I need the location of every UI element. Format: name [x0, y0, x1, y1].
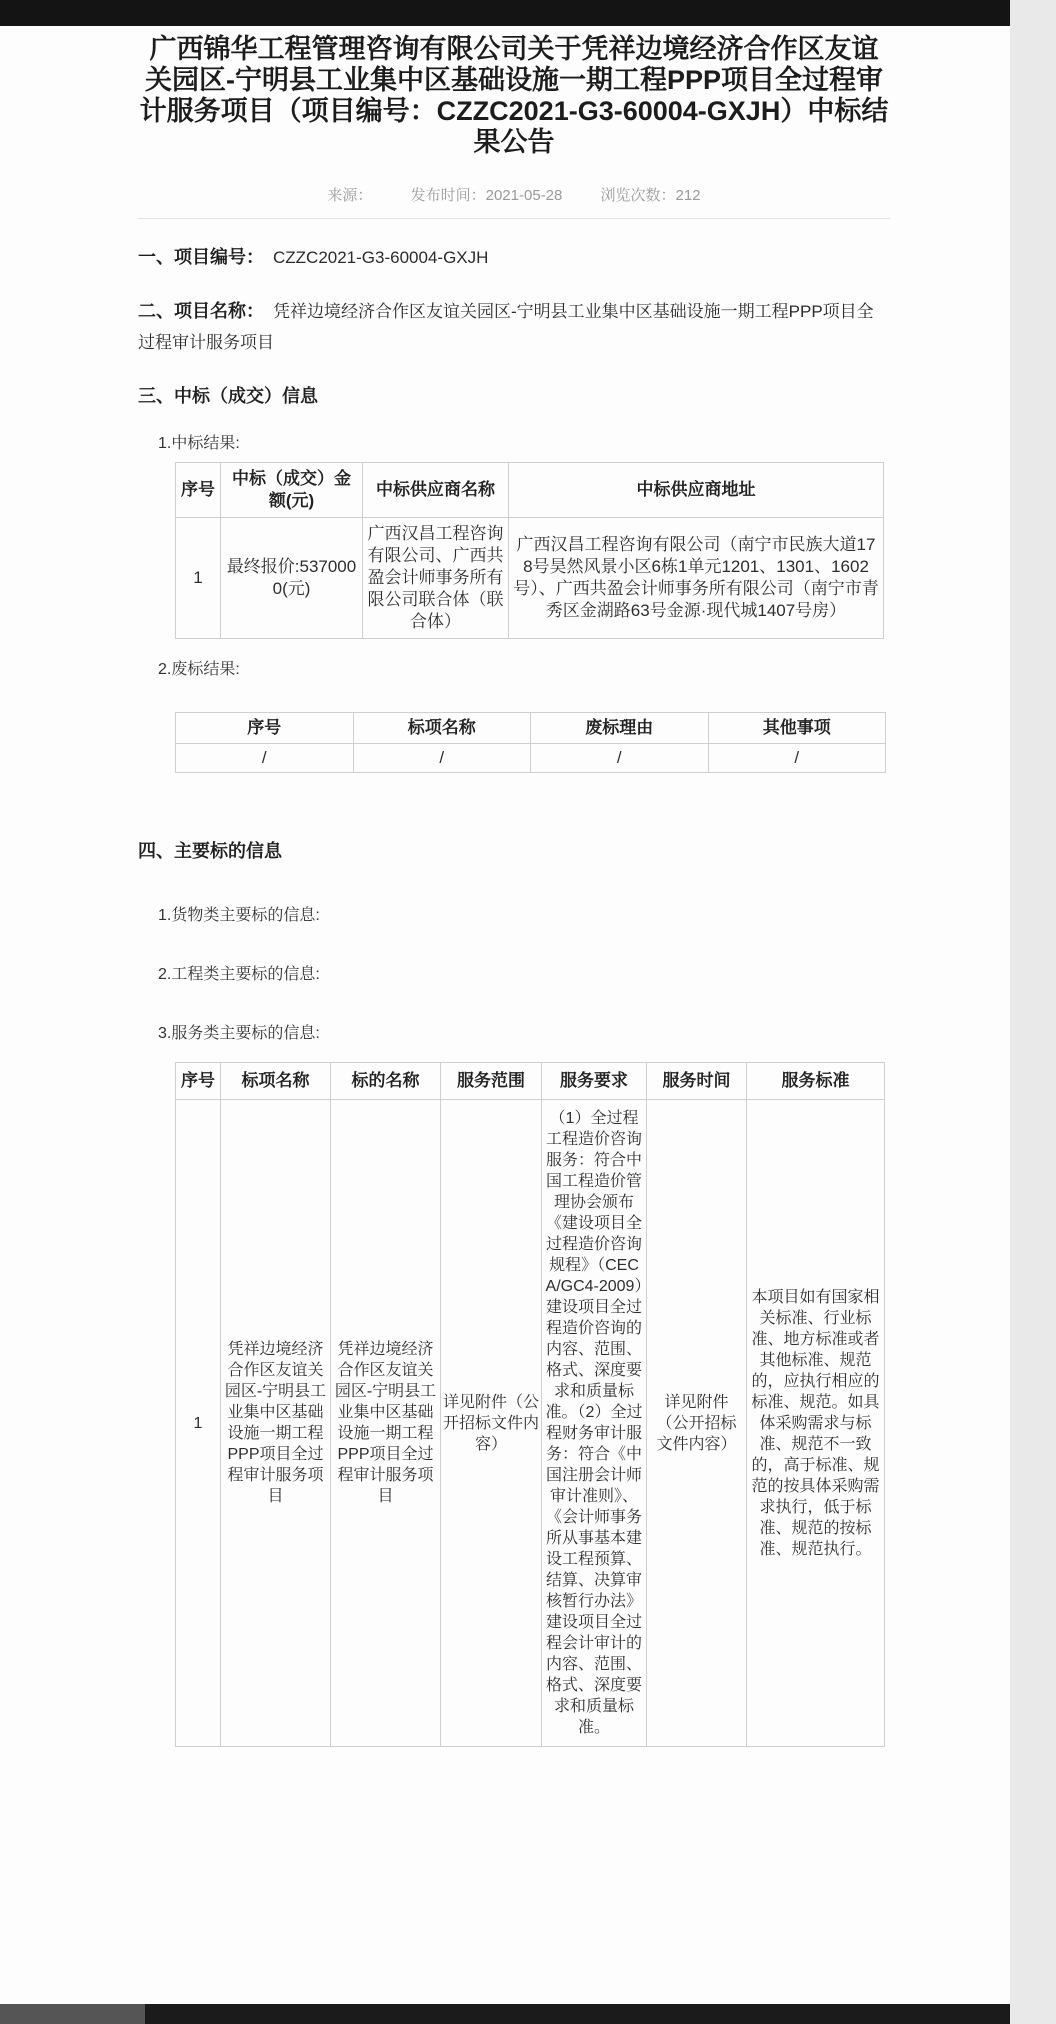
table-header-row: 序号 标项名称 废标理由 其他事项 — [176, 713, 886, 744]
meta-views-value: 212 — [676, 187, 701, 204]
service-targets-subtitle: 3.服务类主要标的信息: — [158, 1020, 890, 1043]
cell-seq: 1 — [176, 1100, 221, 1747]
col-header-amount: 中标（成交）金额(元) — [221, 463, 363, 518]
meta-source-label: 来源： — [327, 187, 372, 204]
col-header-reject-reason: 废标理由 — [531, 713, 709, 744]
bottom-bar — [0, 2004, 1010, 2024]
col-header-supplier-name: 中标供应商名称 — [363, 463, 509, 518]
project-name-label: 二、项目名称： — [138, 301, 264, 321]
content-area: 广西锦华工程管理咨询有限公司关于凭祥边境经济合作区友谊关园区-宁明县工业集中区基… — [138, 34, 890, 1747]
meta-views-label: 浏览次数： — [601, 187, 676, 204]
col-header-lot-name: 标项名称 — [353, 713, 531, 744]
col-header-target-name: 标的名称 — [331, 1063, 441, 1100]
meta-publish-date: 发布时间：2021-05-28 — [411, 187, 563, 204]
col-header-supplier-address: 中标供应商地址 — [509, 463, 884, 518]
cell-seq: / — [176, 744, 354, 773]
col-header-seq: 序号 — [176, 713, 354, 744]
table-header-row: 序号 标项名称 标的名称 服务范围 服务要求 服务时间 服务标准 — [176, 1063, 885, 1100]
section-main-targets-heading: 四、主要标的信息 — [138, 836, 890, 866]
cell-supplier-name: 广西汉昌工程咨询有限公司、广西共盈会计师事务所有限公司联合体（联合体） — [363, 518, 509, 639]
meta-row: 来源： 发布时间：2021-05-28 浏览次数：212 — [138, 184, 890, 205]
project-number-value: CZZC2021-G3-60004-GXJH — [273, 248, 488, 267]
col-header-service-time: 服务时间 — [647, 1063, 747, 1100]
award-result-subtitle: 1.中标结果: — [158, 430, 890, 453]
col-header-lot-name: 标项名称 — [221, 1063, 331, 1100]
award-result-table: 序号 中标（成交）金额(元) 中标供应商名称 中标供应商地址 1 最终报价:53… — [175, 462, 884, 639]
goods-targets-subtitle: 1.货物类主要标的信息: — [158, 902, 890, 925]
section-project-number: 一、项目编号：CZZC2021-G3-60004-GXJH — [138, 242, 890, 273]
table-row: 1 最终报价:5370000(元) 广西汉昌工程咨询有限公司、广西共盈会计师事务… — [176, 518, 884, 639]
table-row: / / / / — [176, 744, 886, 773]
service-targets-table: 序号 标项名称 标的名称 服务范围 服务要求 服务时间 服务标准 1 凭祥边境经… — [175, 1062, 885, 1747]
rejected-result-table: 序号 标项名称 废标理由 其他事项 / / / / — [175, 712, 886, 773]
announcement-page: 广西锦华工程管理咨询有限公司关于凭祥边境经济合作区友谊关园区-宁明县工业集中区基… — [0, 0, 1010, 2024]
table-row: 1 凭祥边境经济合作区友谊关园区-宁明县工业集中区基础设施一期工程PPP项目全过… — [176, 1100, 885, 1747]
cell-service-time: 详见附件（公开招标文件内容） — [647, 1100, 747, 1747]
cell-service-requirements: （1）全过程工程造价咨询服务：符合中国工程造价管理协会颁布《建设项目全过程造价咨… — [542, 1100, 647, 1747]
cell-service-scope: 详见附件（公开招标文件内容） — [441, 1100, 542, 1747]
page-title: 广西锦华工程管理咨询有限公司关于凭祥边境经济合作区友谊关园区-宁明县工业集中区基… — [138, 34, 890, 158]
cell-target-name: 凭祥边境经济合作区友谊关园区-宁明县工业集中区基础设施一期工程PPP项目全过程审… — [331, 1100, 441, 1747]
cell-amount: 最终报价:5370000(元) — [221, 518, 363, 639]
meta-publish-value: 2021-05-28 — [486, 187, 563, 204]
meta-source: 来源： — [327, 187, 372, 204]
col-header-service-scope: 服务范围 — [441, 1063, 542, 1100]
col-header-other: 其他事项 — [708, 713, 886, 744]
meta-view-count: 浏览次数：212 — [601, 187, 701, 204]
cell-reject-reason: / — [531, 744, 709, 773]
cell-seq: 1 — [176, 518, 221, 639]
top-bar — [0, 0, 1010, 26]
cell-supplier-address: 广西汉昌工程咨询有限公司（南宁市民族大道178号昊然风景小区6栋1单元1201、… — [509, 518, 884, 639]
section-award-info-heading: 三、中标（成交）信息 — [138, 381, 890, 411]
cell-lot-name: / — [353, 744, 531, 773]
meta-publish-label: 发布时间： — [411, 187, 486, 204]
col-header-service-standard: 服务标准 — [747, 1063, 885, 1100]
cell-other: / — [708, 744, 886, 773]
table-header-row: 序号 中标（成交）金额(元) 中标供应商名称 中标供应商地址 — [176, 463, 884, 518]
cell-service-standard: 本项目如有国家相关标准、行业标准、地方标准或者其他标准、规范的，应执行相应的标准… — [747, 1100, 885, 1747]
rejected-result-subtitle: 2.废标结果: — [158, 656, 890, 679]
divider — [138, 218, 890, 219]
col-header-seq: 序号 — [176, 463, 221, 518]
bottom-bar-left-segment — [0, 2004, 145, 2024]
col-header-service-requirements: 服务要求 — [542, 1063, 647, 1100]
cell-lot-name: 凭祥边境经济合作区友谊关园区-宁明县工业集中区基础设施一期工程PPP项目全过程审… — [221, 1100, 331, 1747]
col-header-seq: 序号 — [176, 1063, 221, 1100]
section-project-name: 二、项目名称：凭祥边境经济合作区友谊关园区-宁明县工业集中区基础设施一期工程PP… — [138, 296, 890, 358]
engineering-targets-subtitle: 2.工程类主要标的信息: — [158, 961, 890, 984]
project-number-label: 一、项目编号： — [138, 247, 264, 267]
